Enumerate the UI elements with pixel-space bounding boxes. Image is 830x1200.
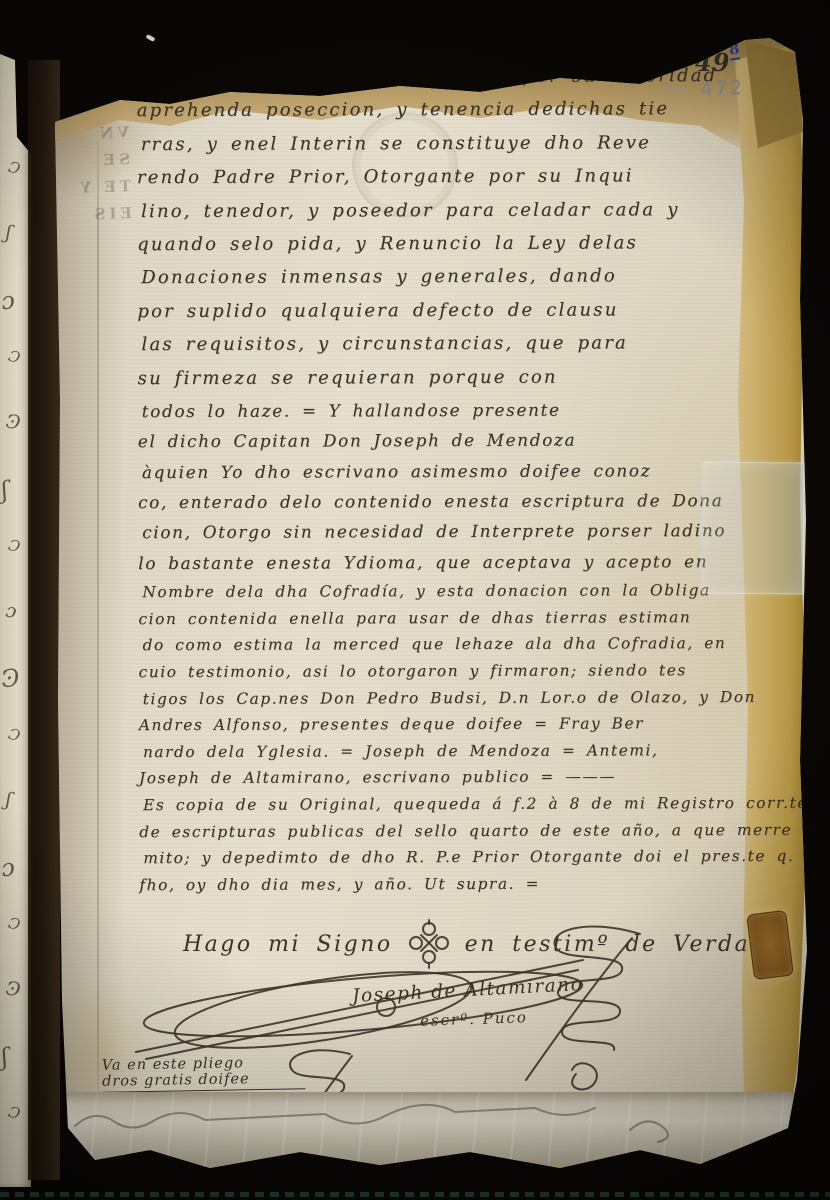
manuscript-line: Joseph de Altamirano, escrivano publico … [139,767,779,796]
manuscript-line: el dicho Capitan Don Joseph de Mendoza [138,429,778,462]
manuscript-line: rendo Padre Prior, Otorgante por su Inqu… [137,165,777,201]
repair-tape [701,462,804,595]
signature-rubric-knot [518,918,648,1083]
manuscript-line: Andres Alfonso, presentes deque doifee =… [139,714,779,743]
facing-page-strip: ƆʃɔƆϿʃƆɔϿƆʃɔƆϿʃƆ [0,42,31,1187]
paper-fleck [146,34,156,42]
manuscript-line: quando selo pida, y Renuncio la Ley dela… [137,232,777,268]
notary-signature-title: escrº. Puco [420,1008,528,1030]
manuscript-line: mito; y depedimto de dho R. P.e Prior Ot… [143,847,779,876]
bleedthrough-stamp-line: SE [75,146,130,175]
manuscript-line: cion, Otorgo sin necesidad de Interprete… [142,520,778,553]
film-edge-markers [0,1192,830,1197]
folio-number-ink: 49 [695,48,730,77]
fold-ink-remnant [70,1096,750,1146]
vertical-crease [97,110,99,1140]
manuscript-line: Nombre dela dha Cofradía, y esta donacio… [142,581,778,610]
binding-gutter [28,60,60,1180]
bleedthrough-stamp-line: EIS [77,200,132,229]
manuscript-line: lo bastante enesta Ydioma, que aceptava … [138,551,778,584]
manuscript-line: cion contenida enella para usar de dhas … [138,608,778,637]
manuscript-line: propia para que Judicialmente Opor su au… [141,65,777,101]
folio-superscript-blue: 8 [728,39,741,60]
folio-number-pencil: 472 [699,75,744,101]
manuscript-line: de escripturas publicas del sello quarto… [139,820,779,849]
manuscript-line: las requisitos, y circunstancias, que pa… [141,332,777,368]
manuscript-line: tigos los Cap.nes Don Pedro Budsi, D.n L… [143,688,779,717]
manuscript-line: co, enterado delo contenido enesta escri… [138,490,778,523]
manuscript-line: nardo dela Yglesia. = Joseph de Mendoza … [143,741,779,770]
facing-page-ink-tails: ƆʃɔƆϿʃƆɔϿƆʃɔƆϿʃƆ [3,160,29,1168]
manuscript-line: rras, y enel Interin se constituye dho R… [141,132,777,168]
leather-patch [746,910,794,980]
manuscript-page: VNSETE YEIS propia para que Judicialment… [0,0,830,1200]
gutter-shadow [55,100,125,1160]
bleedthrough-stamp-line: TE Y [76,173,131,202]
manuscript-line: Es copia de su Original, quequeda á f.2 … [143,794,779,823]
manuscript-line: cuio testimonio, asi lo otorgaron y firm… [139,661,779,690]
bleedthrough-stamp-line: VN [74,119,129,148]
manuscript-line: àquien Yo dho escrivano asimesmo doifee … [142,460,778,493]
manuscript-scan: ƆʃɔƆϿʃƆɔϿƆʃɔƆϿʃƆ VNSETE YEIS propia para… [0,0,830,1200]
manuscript-line: do como estima la merced que lehaze ala … [143,634,779,663]
manuscript-line: su firmeza se requieran porque con [138,365,778,401]
bleedthrough-stamp: VNSETE YEIS [74,119,132,229]
manuscript-line: lino, tenedor, y poseedor para celadar c… [141,198,777,234]
manuscript-line: todos lo haze. = Y hallandose presente [142,399,778,432]
manuscript-line: por suplido qualquiera defecto de clausu [137,299,777,335]
manuscript-line: aprehenda poseccion, y tenencia dedichas… [137,98,777,134]
manuscript-line: fho, oy dho dia mes, y año. Ut supra. = [139,874,779,903]
manuscript-line: Donaciones inmensas y generales, dando [141,265,777,301]
manuscript-text-block: propia para que Judicialmente Opor su au… [137,65,780,903]
